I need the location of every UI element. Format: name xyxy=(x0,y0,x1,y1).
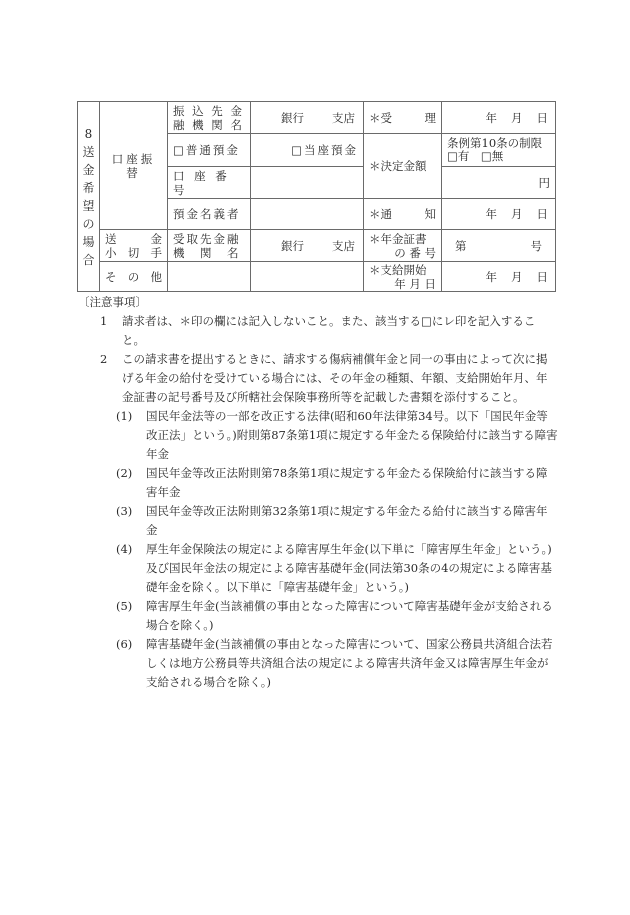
receiving-bank-label: 受取先金融 機 関 名 xyxy=(168,230,251,262)
note-subitem: (2)国民年金等改正法附則第78条第1項に規定する年金たる保険給付に該当する障害… xyxy=(78,464,558,502)
section-title-char: の xyxy=(82,217,94,231)
section-title-char: 希 xyxy=(82,181,94,195)
transfer-bank-label: 振 込 先 金 融 機 関 名 xyxy=(168,102,251,134)
month-unit: 月 xyxy=(511,207,523,221)
notice-label: ＊通 知 xyxy=(364,199,442,230)
subitem-number: (2) xyxy=(116,464,146,483)
other-char: そ xyxy=(105,270,117,284)
note-subitem: (1)国民年金法等の一部を改正する法律(昭和60年法律第34号。以下「国民年金等… xyxy=(78,407,558,464)
note-text: この請求書を提出するときに、請求する傷病補償年金と同一の事由によって次に掲げる年… xyxy=(122,352,548,404)
note-subitem: (5)障害厚生年金(当該補償の事由となった障害について障害基礎年金が支給される場… xyxy=(78,597,558,635)
subitem-number: (3) xyxy=(116,502,146,521)
receiving-bank-line2: 機 関 名 xyxy=(173,246,245,260)
note-subitem: (4)厚生年金保険法の規定による障害厚生年金(以下単に「障害厚生年金」という。)… xyxy=(78,540,558,597)
remittance-char: 送 xyxy=(105,232,117,246)
transfer-bank-field[interactable]: 銀行 支店 xyxy=(251,102,364,134)
receipt-label-a: ＊受 xyxy=(369,111,392,125)
subitem-number: (1) xyxy=(116,407,146,426)
note-subitem: (3)国民年金等改正法附則第32条第1項に規定する年金たる給付に該当する障害年金 xyxy=(78,502,558,540)
certificate-label-line2: の 番 号 xyxy=(369,246,436,260)
subitem-text: 国民年金等改正法附則第78条第1項に規定する年金たる保険給付に該当する障害年金 xyxy=(146,466,547,499)
subitem-text: 障害厚生年金(当該補償の事由となった障害について障害基礎年金が支給される場合を除… xyxy=(146,599,553,632)
cert-suffix: 号 xyxy=(531,239,543,253)
check-char: 小 xyxy=(105,246,117,260)
subitem-text: 国民年金等改正法附則第32条第1項に規定する年金たる給付に該当する障害年金 xyxy=(146,504,547,537)
note-item: 2この請求書を提出するときに、請求する傷病補償年金と同一の事由によって次に掲げる… xyxy=(78,350,558,407)
account-number-label: 口 座 番 号 xyxy=(168,167,251,199)
account-number-text: 口 座 番 号 xyxy=(173,169,230,197)
deposit-current-label: □当座預金 xyxy=(291,143,358,157)
transfer-bank-label-line2: 融 機 関 名 xyxy=(173,118,245,132)
certificate-number-field[interactable]: 第 号 xyxy=(442,230,556,262)
decided-amount-text: ＊決定金額 xyxy=(369,159,427,173)
year-unit: 年 xyxy=(486,270,498,284)
subitem-text: 障害基礎年金(当該補償の事由となった障害について、国家公務員共済組合法若しくは地… xyxy=(146,637,553,689)
deposit-current-checkbox[interactable]: □当座預金 xyxy=(251,134,364,167)
notes-heading: 〔注意事項〕 xyxy=(78,293,558,312)
account-holder-text: 預金名義者 xyxy=(173,207,241,221)
year-unit: 年 xyxy=(486,207,498,221)
section-title-char: 場 xyxy=(82,235,94,249)
notice-label-a: ＊通 xyxy=(369,207,392,221)
other-field-a[interactable] xyxy=(168,262,251,292)
other-char: の xyxy=(128,270,140,284)
section-title-char: 送 xyxy=(82,145,94,159)
branch-unit: 支店 xyxy=(332,239,355,253)
note-number: 1 xyxy=(100,312,122,331)
account-holder-field[interactable] xyxy=(251,199,364,230)
decided-amount-label: ＊決定金額 xyxy=(364,134,442,199)
document-page: 8 送 金 希 望 の 場 合 口座振替 振 込 先 金 融 機 関 名 銀行 … xyxy=(0,0,630,915)
payment-start-date-field[interactable]: 年 月 日 xyxy=(442,262,556,292)
month-unit: 月 xyxy=(511,111,523,125)
day-unit: 日 xyxy=(537,270,549,284)
section-title-char: 合 xyxy=(82,253,94,267)
subitem-text: 厚生年金保険法の規定による障害厚生年金(以下単に「障害厚生年金」という。)及び国… xyxy=(146,542,552,594)
payment-start-line2: 年 月 日 xyxy=(369,277,436,291)
section-title-char: 金 xyxy=(82,163,94,177)
subitem-number: (6) xyxy=(116,635,146,654)
ordinance-limit-field[interactable]: 条例第10条の制限 □有 □無 xyxy=(442,134,556,167)
transfer-bank-label-line1: 振 込 先 金 xyxy=(173,104,245,118)
bank-unit: 銀行 xyxy=(281,111,304,125)
receiving-bank-line1: 受取先金融 xyxy=(173,232,245,246)
certificate-number-label: ＊年金証書 の 番 号 xyxy=(364,230,442,262)
note-item: 1請求者は、＊印の欄には記入しないこと。また、該当する□にレ印を記入すること。 xyxy=(78,312,558,350)
receipt-date-field[interactable]: 年 月 日 xyxy=(442,102,556,134)
section-title-char: 望 xyxy=(82,199,94,213)
payment-start-label: ＊支給開始 年 月 日 xyxy=(364,262,442,292)
notice-label-b: 知 xyxy=(425,207,437,221)
note-subitem: (6)障害基礎年金(当該補償の事由となった障害について、国家公務員共済組合法若し… xyxy=(78,635,558,692)
subitem-number: (4) xyxy=(116,540,146,559)
receipt-label: ＊受 理 xyxy=(364,102,442,134)
certificate-label-line1: ＊年金証書 xyxy=(369,232,436,246)
other-char: 他 xyxy=(151,270,163,284)
receiving-bank-field[interactable]: 銀行 支店 xyxy=(251,230,364,262)
subitem-number: (5) xyxy=(116,597,146,616)
note-number: 2 xyxy=(100,350,122,369)
ordinance-options[interactable]: □有 □無 xyxy=(447,150,550,163)
notes-section: 〔注意事項〕 1請求者は、＊印の欄には記入しないこと。また、該当する□にレ印を記… xyxy=(78,293,558,692)
receipt-label-b: 理 xyxy=(425,111,437,125)
other-field-b[interactable] xyxy=(251,262,364,292)
check-char: 手 xyxy=(151,246,163,260)
deposit-ordinary-label: □普通預金 xyxy=(173,143,240,157)
subitem-text: 国民年金法等の一部を改正する法律(昭和60年法律第34号。以下「国民年金等改正法… xyxy=(146,409,558,461)
account-transfer-label: 口座振替 xyxy=(100,102,168,230)
month-unit: 月 xyxy=(511,270,523,284)
account-number-field[interactable] xyxy=(251,167,364,199)
bank-unit: 銀行 xyxy=(281,239,304,253)
yen-unit: 円 xyxy=(539,176,551,190)
account-holder-label: 預金名義者 xyxy=(168,199,251,230)
day-unit: 日 xyxy=(537,207,549,221)
notice-date-field[interactable]: 年 月 日 xyxy=(442,199,556,230)
day-unit: 日 xyxy=(537,111,549,125)
cert-prefix: 第 xyxy=(455,239,467,253)
decided-amount-field[interactable]: 円 xyxy=(442,167,556,199)
check-char: 切 xyxy=(128,246,140,260)
remittance-char: 金 xyxy=(151,232,163,246)
section-8-header: 8 送 金 希 望 の 場 合 xyxy=(78,102,100,292)
year-unit: 年 xyxy=(486,111,498,125)
other-label: そ の 他 xyxy=(100,262,168,292)
branch-unit: 支店 xyxy=(332,111,355,125)
deposit-ordinary-checkbox[interactable]: □普通預金 xyxy=(168,134,251,167)
payment-start-line1: ＊支給開始 xyxy=(369,263,436,277)
remittance-check-label: 送 金 小 切 手 xyxy=(100,230,168,262)
remittance-form-table: 8 送 金 希 望 の 場 合 口座振替 振 込 先 金 融 機 関 名 銀行 … xyxy=(77,101,556,292)
section-number: 8 xyxy=(85,127,93,141)
note-text: 請求者は、＊印の欄には記入しないこと。また、該当する□にレ印を記入すること。 xyxy=(122,314,535,347)
account-transfer-text: 口座振替 xyxy=(112,152,156,180)
